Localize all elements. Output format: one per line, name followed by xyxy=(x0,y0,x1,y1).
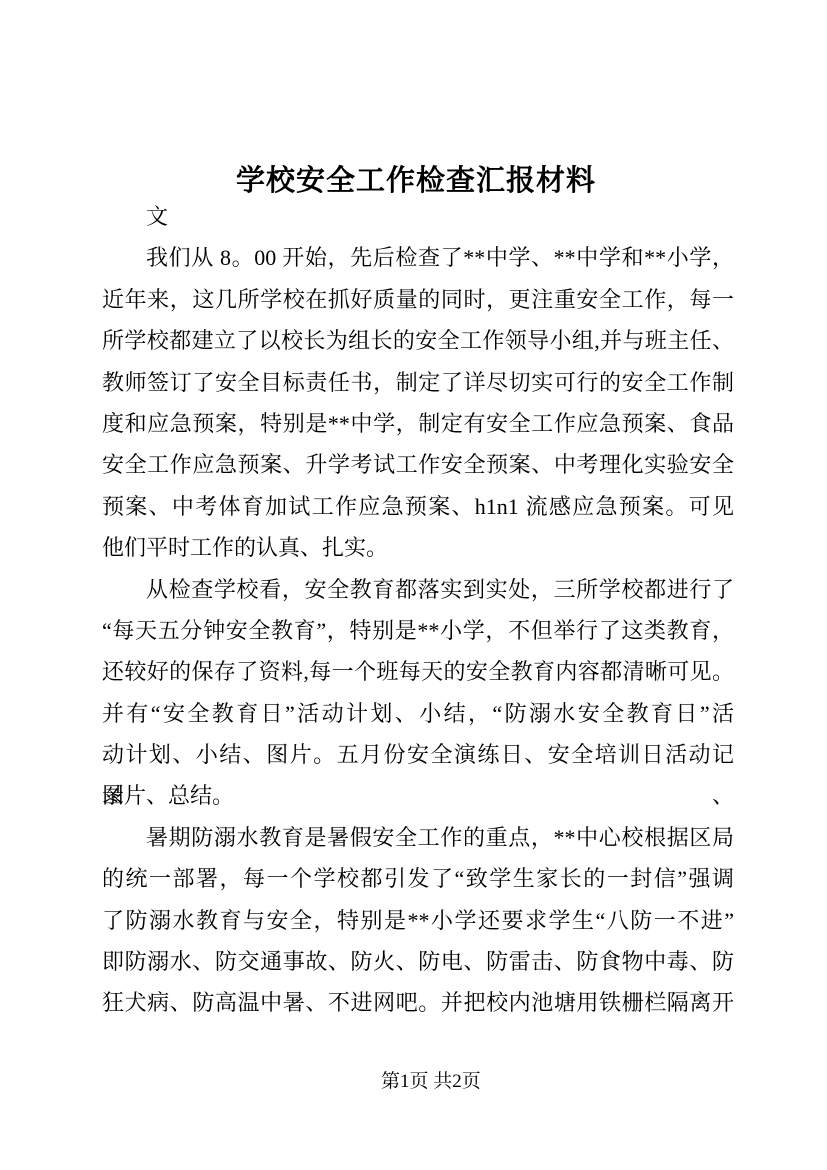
page-indicator: 第1页 共2页 xyxy=(381,1071,481,1092)
text-line: 他们平时工作的认真、扎实。 xyxy=(102,527,734,568)
text-line: 近年来，这几所学校在抓好质量的同时，更注重安全工作，每一 xyxy=(102,279,734,320)
text-line: 即防溺水、防交通事故、防火、防电、防雷击、防食物中毒、防 xyxy=(102,941,734,982)
page-footer: 第1页 共2页 xyxy=(381,1070,481,1094)
text-line: 预案、中考体育加试工作应急预案、h1n1 流感应急预案。可见 xyxy=(102,486,734,527)
document-page: 学校安全工作检查汇报材料 文 我们从 8。00 开始，先后检查了**中学、**中… xyxy=(0,0,827,1170)
text-line: 动计划、小结、图片。五月份安全演练日、安全培训日活动记录、 xyxy=(102,734,734,775)
text-line: “每天五分钟安全教育”，特别是**小学，不但举行了这类教育， xyxy=(102,610,734,651)
text-line: 我们从 8。00 开始，先后检查了**中学、**中学和**小学， xyxy=(102,237,734,278)
paragraph: 从检查学校看，安全教育都落实到实处，三所学校都进行了 “每天五分钟安全教育”，特… xyxy=(102,569,734,817)
text-line: 暑期防溺水教育是暑假安全工作的重点，**中心校根据区局 xyxy=(102,817,734,858)
text-line: 的统一部署，每一个学校都引发了“致学生家长的一封信”强调 xyxy=(102,858,734,899)
text-line: 安全工作应急预案、升学考试工作安全预案、中考理化实验安全 xyxy=(102,444,734,485)
text-line: 所学校都建立了以校长为组长的安全工作领导小组,并与班主任、 xyxy=(102,320,734,361)
text-line: 度和应急预案，特别是**中学，制定有安全工作应急预案、食品 xyxy=(102,403,734,444)
text-line: 教师签订了安全目标责任书，制定了详尽切实可行的安全工作制 xyxy=(102,362,734,403)
text-line: 还较好的保存了资料,每一个班每天的安全教育内容都清晰可见。 xyxy=(102,651,734,692)
text-line: 狂犬病、防高温中暑、不进网吧。并把校内池塘用铁栅栏隔离开 xyxy=(102,982,734,1023)
text-line: 从检查学校看，安全教育都落实到实处，三所学校都进行了 xyxy=(102,569,734,610)
paragraph: 我们从 8。00 开始，先后检查了**中学、**中学和**小学， 近年来，这几所… xyxy=(102,237,734,568)
text-line: 了防溺水教育与安全，特别是**小学还要求学生“八防一不进” xyxy=(102,900,734,941)
byline: 文 xyxy=(102,196,734,237)
text-line: 并有“安全教育日”活动计划、小结，“防溺水安全教育日”活 xyxy=(102,693,734,734)
document-body: 文 我们从 8。00 开始，先后检查了**中学、**中学和**小学， 近年来，这… xyxy=(102,196,734,1024)
paragraph: 暑期防溺水教育是暑假安全工作的重点，**中心校根据区局 的统一部署，每一个学校都… xyxy=(102,817,734,1024)
